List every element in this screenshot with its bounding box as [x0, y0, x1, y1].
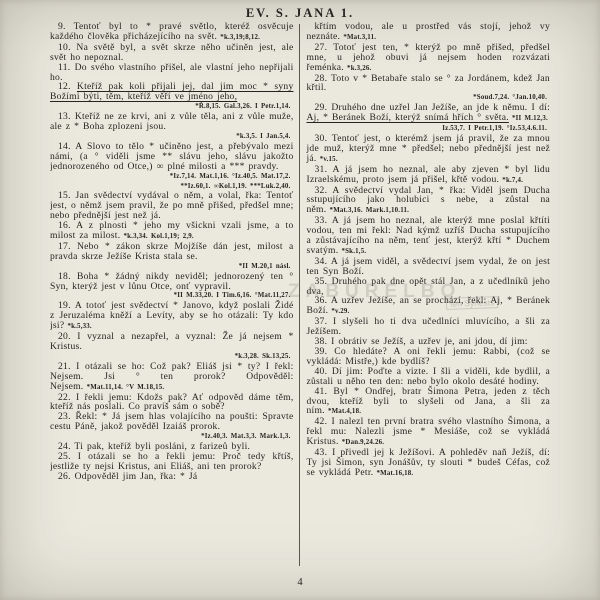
verse-number: 20.: [58, 331, 77, 342]
verse-17: 17. Nebo * zákon skrze Mojžíše dán jest,…: [50, 242, 294, 262]
verse-29: 29. Druhého dne uzřel Jan Ježíše, an jde…: [307, 103, 551, 124]
verse-41: 41. Byl * Ondřej, bratr Šimona Petra, je…: [307, 387, 551, 418]
verse-number: 19.: [58, 300, 75, 311]
verse-34: 34. A já jsem viděl, a svědectví jsem vy…: [307, 257, 551, 277]
verse-number: 26.: [58, 471, 75, 482]
cross-reference: *II M.12,3.: [509, 115, 548, 122]
verse-11: 11. Do svého vlastního přišel, ale vlast…: [50, 63, 294, 83]
verse-37: 37. I slyšeli ho ti dva učedlníci mluvíc…: [307, 317, 551, 337]
verse-32: 32. A svědectví vydal Jan, * řka: Viděl …: [307, 186, 551, 217]
verse-number: 42.: [315, 416, 332, 427]
verse-number: 30.: [315, 133, 332, 144]
verse-number: 37.: [315, 316, 334, 327]
verse-number: 17.: [58, 241, 77, 252]
verse-33: 33. A já jsem ho neznal, ale kterýž mne …: [307, 216, 551, 257]
verse-number: 34.: [315, 256, 331, 267]
verse-number: 41.: [315, 386, 334, 397]
cross-reference: *k.5,33.: [64, 323, 92, 330]
cross-reference: *Mat.4,18.: [325, 408, 361, 415]
verse-15: 15. Jan svědectví vydával o něm, a volal…: [50, 191, 294, 221]
verse-19: 19. A totoť jest svědectví * Janovo, kdy…: [50, 301, 294, 332]
verse-42: 42. I nalezl ten první bratra svého vlas…: [307, 417, 551, 448]
verse-number: 28.: [315, 73, 331, 84]
verse-21: 21. I otázali se ho: Což pak? Eliáš jsi …: [50, 362, 294, 393]
verse-number: 14.: [58, 141, 75, 152]
verse-number: 11.: [58, 62, 75, 73]
verse-number: 23.: [58, 411, 75, 422]
verse-12: 12. Kteříž pak koli přijali jej, dal jim…: [50, 82, 294, 102]
verse-9: 9. Tentoť byl to * pravé světlo, kteréž …: [50, 22, 294, 43]
page-title: EV. S. JANA 1.: [0, 6, 600, 21]
verse-23: 23. Řekl: * Já jsem hlas volajícího na p…: [50, 412, 294, 432]
verse-27: 27. Totoť jest ten, * kterýž po mně přiš…: [307, 43, 551, 74]
cross-reference: *v.29.: [328, 308, 349, 315]
cross-reference: *Mat.3,16. Mark.1,10.11.: [326, 207, 409, 214]
verse-number: 27.: [315, 42, 334, 53]
verse-40: 40. Dí jim: Poďte a vizte. I šli a viděl…: [307, 367, 551, 387]
verse-number: 25.: [58, 451, 78, 462]
verse-continuation: křtím vodou, ale u prostřed vás stojí, j…: [307, 22, 551, 43]
verse-10: 10. Na světě byl, a svět skrze něho učin…: [50, 43, 294, 63]
cross-reference: *k.3,19;8,12.: [217, 34, 260, 41]
verse-18: 18. Boha * žádný nikdy neviděl; jednoroz…: [50, 272, 294, 292]
verse-number: 31.: [315, 164, 333, 175]
verse-number: 18.: [58, 271, 77, 282]
underlined-verse-text: Aj, * Beránek Boží, kterýž snímá hřích °…: [307, 112, 509, 123]
verse-number: 16.: [58, 220, 76, 231]
verse-16: 16. A z plnosti * jeho my všickni vzali …: [50, 221, 294, 242]
verse-31: 31. A já jsem ho neznal, ale aby zjeven …: [307, 165, 551, 186]
verse-39: 39. Co hledáte? A oni řekli jemu: Rabbi,…: [307, 347, 551, 367]
reference-line: *Iz.7,14. Mat.1,16. °Iz.40,5. Mat.17,2.: [50, 172, 294, 182]
verse-number: 15.: [58, 190, 76, 201]
cross-reference: *Sk.1,5.: [338, 248, 366, 255]
verse-13: 13. Kteříž ne ze krvi, ani z vůle těla, …: [50, 112, 294, 132]
verse-number: 40.: [315, 366, 332, 377]
verse-number: 39.: [315, 346, 335, 357]
cross-reference: *k.7,4.: [499, 177, 523, 184]
verse-number: 9.: [58, 22, 74, 32]
two-column-text: 9. Tentoť byl to * pravé světlo, kteréž …: [50, 22, 550, 578]
cross-reference: *Dan.9,24.26.: [339, 439, 385, 446]
verse-26: 26. Odpověděl jim Jan, řka: * Já: [50, 472, 294, 482]
cross-reference: *Mat.3,11.: [340, 34, 376, 41]
verse-number: 22.: [58, 392, 76, 403]
verse-28: 28. Toto v * Betabaře stalo se ° za Jord…: [307, 74, 551, 94]
cross-reference: *v.15.: [317, 156, 338, 163]
verse-number: 32.: [315, 185, 333, 196]
verse-14: 14. A Slovo to tělo * učiněno jest, a př…: [50, 142, 294, 172]
verse-35: 35. Druhého pak dne opět stál Jan, a z u…: [307, 277, 551, 297]
cross-reference: *k.3,26.: [344, 65, 372, 72]
verse-22: 22. I řekli jemu: Kdožs pak? Ať odpověd …: [50, 393, 294, 413]
verse-25: 25. I otázali se ho a řekli jemu: Proč t…: [50, 452, 294, 472]
cross-reference: *Mat.11,14. °V M.18,15.: [83, 384, 164, 391]
verse-number: 35.: [315, 276, 332, 287]
verse-36: 36. A uzřev Ježíše, an se prochází, řekl…: [307, 296, 551, 317]
verse-number: 36.: [315, 295, 331, 306]
right-column: křtím vodou, ale u prostřed vás stojí, j…: [300, 22, 551, 578]
verse-number: 43.: [315, 447, 333, 458]
underlined-verse-text: Kteříž pak koli přijali jej, dal jim moc…: [50, 81, 294, 102]
verse-number: 33.: [315, 215, 332, 226]
cross-reference: *k.3,34. Kol.1,19; 2,9.: [120, 233, 193, 240]
page-number: 4: [0, 577, 600, 588]
bible-scan-page: EV. S. JANA 1. 9. Tentoť byl to * pravé …: [0, 0, 600, 600]
verse-20: 20. I vyznal a nezapřel, a vyznal: Že já…: [50, 332, 294, 352]
verse-43: 43. I přivedl jej k Ježíšovi. A pohleděv…: [307, 448, 551, 479]
verse-number: 21.: [58, 361, 76, 372]
verse-30: 30. Tentoť jest, o kterémž jsem já pravi…: [307, 134, 551, 165]
left-column: 9. Tentoť byl to * pravé světlo, kteréž …: [50, 22, 299, 578]
cross-reference: *Mat.16,18.: [373, 470, 413, 477]
verse-number: 13.: [58, 111, 75, 122]
verse-number: 10.: [58, 42, 76, 53]
